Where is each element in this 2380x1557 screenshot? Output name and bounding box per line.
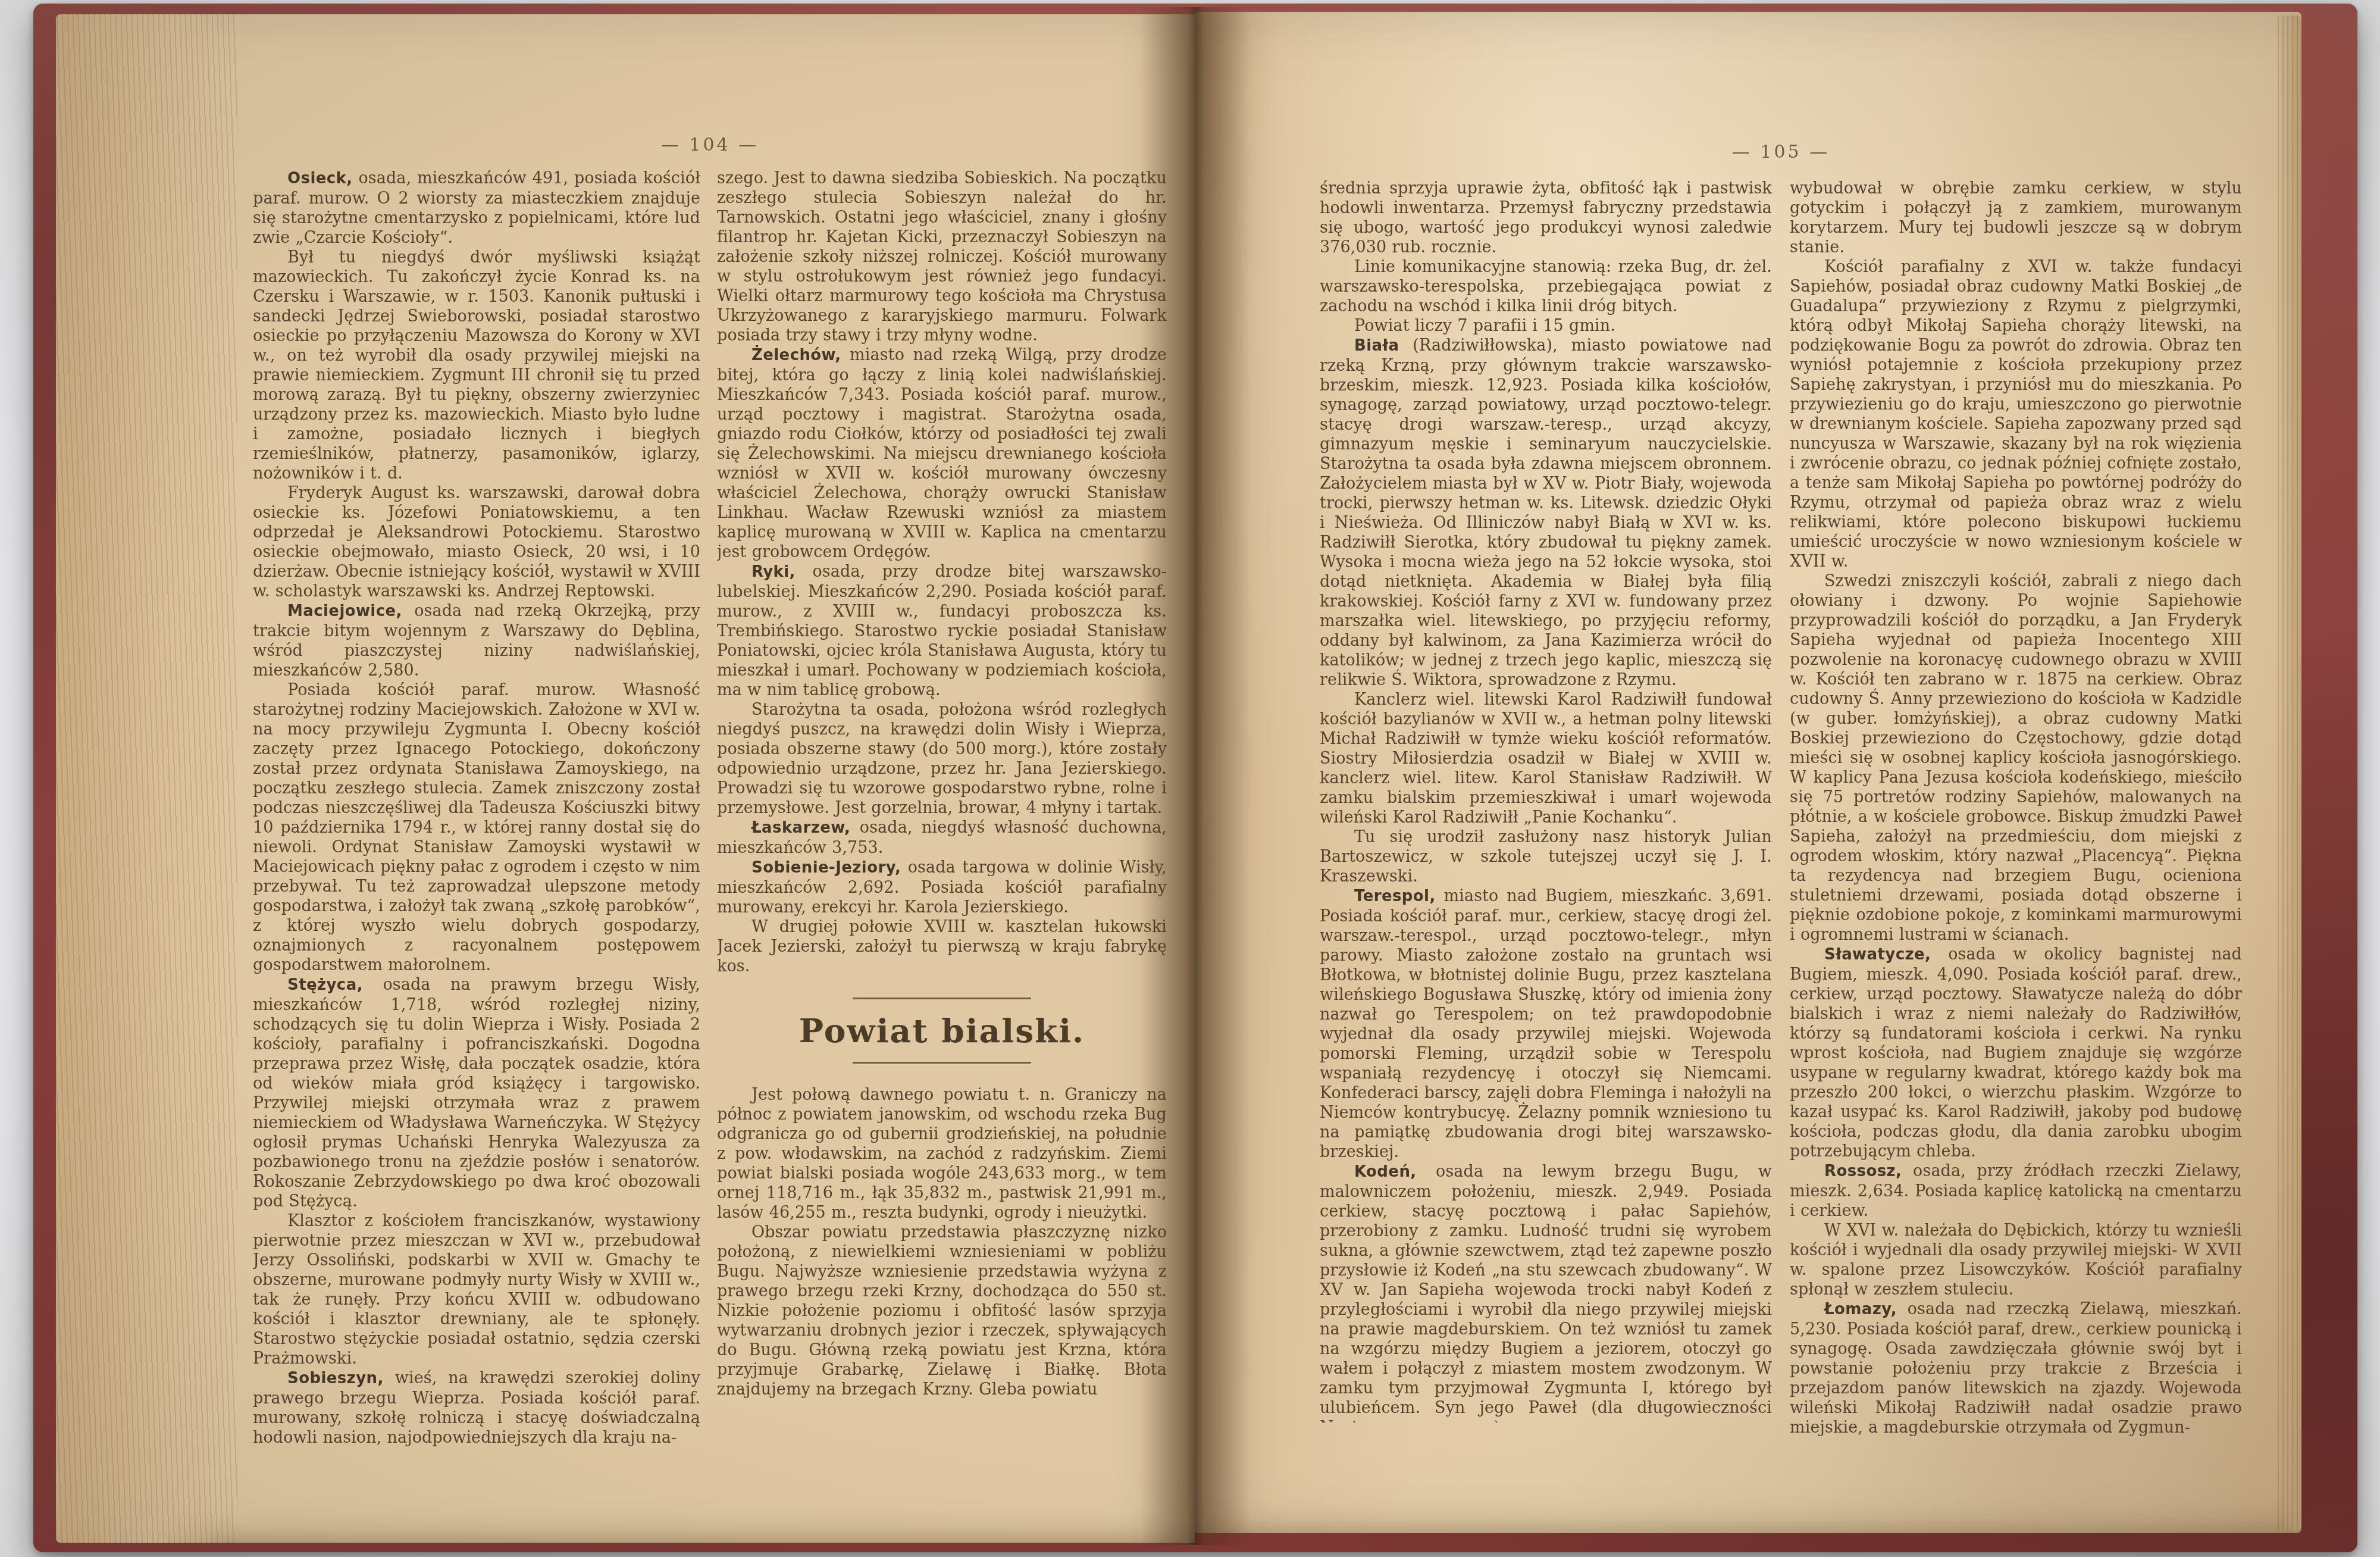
entry-name: Biała (1354, 337, 1399, 355)
entry-name: Łomazy, (1824, 1300, 1897, 1318)
entry-name: Sławatycze, (1824, 946, 1931, 964)
paragraph: Jest połową dawnego powiatu t. n. Granic… (717, 1085, 1167, 1223)
paragraph: Fryderyk August ks. warszawski, darował … (253, 483, 700, 601)
paragraph: szego. Jest to dawna siedziba Sobieskich… (717, 168, 1167, 345)
paragraph: Łaskarzew, osada, niegdyś własność ducho… (717, 818, 1167, 858)
paragraph: Biała (Radziwiłłowska), miasto powiatowe… (1320, 336, 1772, 690)
right-page-column-1: średnia sprzyja uprawie żyta, obfitość ł… (1320, 179, 1772, 1422)
paragraph: Kanclerz wiel. litewski Karol Radziwiłł … (1320, 690, 1772, 827)
paragraph: Szwedzi zniszczyli kościół, zabrali z ni… (1790, 571, 2242, 945)
paragraph: Kościół parafialny z XVI w. także fundac… (1790, 257, 2242, 571)
entry-name: Kodeń, (1354, 1163, 1417, 1181)
paragraph: Żelechów, miasto nad rzeką Wilgą, przy d… (717, 345, 1167, 562)
paragraph: Klasztor z kościołem franciszkanów, wyst… (253, 1211, 700, 1368)
entry-name: Maciejowice, (287, 602, 402, 620)
entry-name: Osieck, (287, 170, 353, 187)
paragraph: W drugiej połowie XVIII w. kasztelan łuk… (717, 917, 1167, 976)
entry-name: Ryki, (751, 563, 796, 581)
section-heading: Powiat bialski. (717, 1021, 1167, 1040)
paragraph: Sławatycze, osada w okolicy bagnistej na… (1790, 945, 2242, 1161)
entry-name: Rossosz, (1824, 1162, 1902, 1180)
entry-name: Sobienie-Jeziory, (751, 859, 901, 877)
paragraph: Sobieszyn, wieś, na krawędzi szerokiej d… (253, 1368, 700, 1447)
paragraph: Linie komunikacyjne stanowią: rzeka Bug,… (1320, 257, 1772, 316)
left-page-column-2: szego. Jest to dawna siedziba Sobieskich… (717, 168, 1167, 1478)
paragraph: Maciejowice, osada nad rzeką Okrzejką, p… (253, 601, 700, 680)
section-rule (853, 998, 1031, 999)
paragraph: Stężyca, osada na prawym brzegu Wisły, m… (253, 975, 700, 1211)
paragraph: Ryki, osada, przy drodze bitej warszawsk… (717, 562, 1167, 700)
paragraph: wybudował w obrębie zamku cerkiew, w sty… (1790, 179, 2242, 257)
page-number-105: — 105 — (1320, 142, 2242, 162)
entry-name: Łaskarzew, (751, 819, 850, 837)
section-rule (853, 1062, 1031, 1064)
paragraph: Powiat liczy 7 parafii i 15 gmin. (1320, 316, 1772, 336)
paragraph: Obszar powiatu przedstawia płaszczyznę n… (717, 1223, 1167, 1399)
paragraph: Łomazy, osada nad rzeczką Zielawą, miesz… (1790, 1299, 2242, 1437)
book-photo: — 104 — — 105 — Osieck, osada, mieszkańc… (0, 0, 2380, 1557)
paragraph: Posiada kościół paraf. murow. Własność s… (253, 680, 700, 975)
paragraph: W XVI w. należała do Dębickich, którzy t… (1790, 1221, 2242, 1299)
entry-name: Żelechów, (751, 346, 841, 364)
left-page-column-1: Osieck, osada, mieszkańców 491, posiada … (253, 168, 700, 1472)
paragraph: Terespol, miasto nad Bugiem, mieszkańc. … (1320, 886, 1772, 1162)
paragraph: Rossosz, osada, przy źródłach rzeczki Zi… (1790, 1161, 2242, 1221)
entry-name: Sobieszyn, (287, 1370, 384, 1387)
entry-name: Terespol, (1354, 887, 1436, 905)
paragraph: Kodeń, osada na lewym brzegu Bugu, w mal… (1320, 1162, 1772, 1422)
paragraph: Osieck, osada, mieszkańców 491, posiada … (253, 168, 700, 248)
paragraph: średnia sprzyja uprawie żyta, obfitość ł… (1320, 179, 1772, 257)
entry-name: Stężyca, (287, 976, 363, 994)
page-number-104: — 104 — (253, 135, 1167, 155)
paragraph: Sobienie-Jeziory, osada targowa w dolini… (717, 858, 1167, 917)
right-page-column-2: wybudował w obrębie zamku cerkiew, w sty… (1790, 179, 2242, 1452)
paragraph: Starożytna ta osada, położona wśród rozl… (717, 700, 1167, 818)
paragraph: Tu się urodził zasłużony nasz historyk J… (1320, 827, 1772, 886)
paragraph: Był tu niegdyś dwór myśliwski książąt ma… (253, 248, 700, 483)
